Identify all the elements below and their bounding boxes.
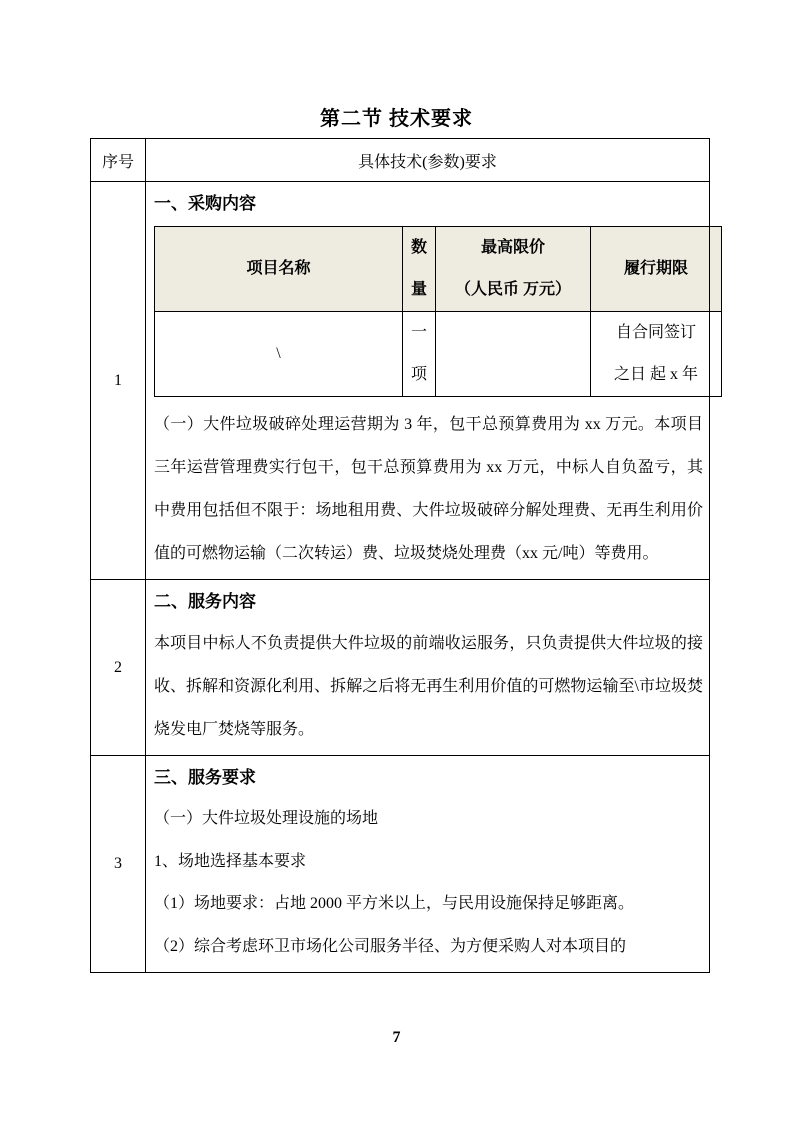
table-row-service-content: 2 二、服务内容 本项目中标人不负责提供大件垃圾的前端收运服务，只负责提供大件垃… xyxy=(91,580,710,756)
section-heading-procurement: 一、采购内容 xyxy=(154,184,703,224)
procurement-paragraph: （一）大件垃圾破碎处理运营期为 3 年，包干总预算费用为 xx 万元。本项目三年… xyxy=(154,403,703,575)
detail-cell-period: 自合同签订 之日 起 x 年 xyxy=(591,312,722,397)
row-index: 2 xyxy=(91,580,146,756)
table-row-procurement: 1 一、采购内容 项目名称 数 量 最高 xyxy=(91,182,710,580)
detail-header-row: 项目名称 数 量 最高限价 （人民币 万元） 履行期限 xyxy=(155,227,722,312)
row-content: 三、服务要求 （一）大件垃圾处理设施的场地 1、场地选择基本要求 （1）场地要求… xyxy=(146,756,710,973)
price-header-line: （人民币 万元） xyxy=(438,269,588,311)
requirement-line: （1）场地要求：占地 2000 平方米以上，与民用设施保持足够距离。 xyxy=(154,883,703,926)
requirements-table: 序号 具体技术(参数)要求 1 一、采购内容 项目名称 数 量 xyxy=(90,138,710,973)
detail-cell-project-name: \ xyxy=(155,312,403,397)
quantity-header-line: 量 xyxy=(405,269,433,311)
section-heading-service-content: 二、服务内容 xyxy=(154,582,703,622)
header-cell-index: 序号 xyxy=(91,139,146,182)
price-header-line: 最高限价 xyxy=(438,227,588,269)
row-index: 3 xyxy=(91,756,146,973)
detail-header-price-limit: 最高限价 （人民币 万元） xyxy=(436,227,591,312)
detail-cell-price-limit xyxy=(436,312,591,397)
requirement-line: （一）大件垃圾处理设施的场地 xyxy=(154,798,703,841)
detail-data-row: \ 一 项 自合同签订 之日 起 x 年 xyxy=(155,312,722,397)
table-row-service-requirements: 3 三、服务要求 （一）大件垃圾处理设施的场地 1、场地选择基本要求 （1）场地… xyxy=(91,756,710,973)
row-content: 二、服务内容 本项目中标人不负责提供大件垃圾的前端收运服务，只负责提供大件垃圾的… xyxy=(146,580,710,756)
period-value-line: 自合同签订 xyxy=(593,312,719,354)
document-page: 第二节 技术要求 序号 具体技术(参数)要求 1 一、采购内容 项目名称 xyxy=(0,0,793,1122)
row-index: 1 xyxy=(91,182,146,580)
quantity-value-line: 项 xyxy=(405,354,433,396)
detail-header-quantity: 数 量 xyxy=(403,227,436,312)
page-title: 第二节 技术要求 xyxy=(0,102,793,131)
service-content-paragraph: 本项目中标人不负责提供大件垃圾的前端收运服务，只负责提供大件垃圾的接收、拆解和资… xyxy=(154,622,703,751)
detail-header-project-name: 项目名称 xyxy=(155,227,403,312)
section-heading-service-requirements: 三、服务要求 xyxy=(154,758,703,798)
table-header-row: 序号 具体技术(参数)要求 xyxy=(91,139,710,182)
detail-cell-quantity: 一 项 xyxy=(403,312,436,397)
quantity-header-line: 数 xyxy=(405,227,433,269)
requirement-line: 1、场地选择基本要求 xyxy=(154,841,703,884)
page-number: 7 xyxy=(0,1029,793,1047)
header-cell-content: 具体技术(参数)要求 xyxy=(146,139,710,182)
procurement-detail-table: 项目名称 数 量 最高限价 （人民币 万元） 履行期限 xyxy=(154,226,722,397)
quantity-value-line: 一 xyxy=(405,312,433,354)
detail-header-period: 履行期限 xyxy=(591,227,722,312)
period-value-line: 之日 起 x 年 xyxy=(593,354,719,396)
row-content: 一、采购内容 项目名称 数 量 最高限价 xyxy=(146,182,710,580)
requirement-line: （2）综合考虑环卫市场化公司服务半径、为方便采购人对本项目的 xyxy=(154,926,703,969)
